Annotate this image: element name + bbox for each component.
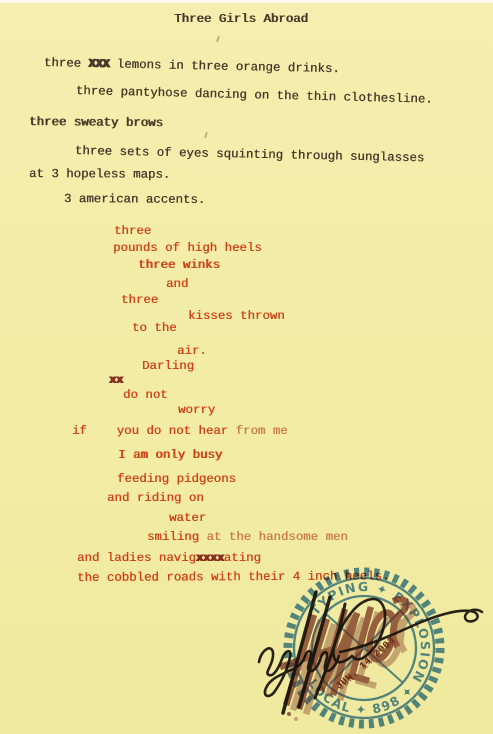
poem-line: three: [121, 293, 158, 307]
poem-line: feeding pidgeons: [117, 472, 236, 486]
line-segment: if you do not hear: [72, 424, 236, 438]
poem-line: 3 american accents.: [64, 192, 205, 207]
poem-line: worry: [178, 403, 215, 417]
poem-line: smiling at the handsome men: [147, 530, 348, 544]
poem-line: kisses thrown: [188, 309, 285, 323]
poem-line: and: [166, 277, 188, 291]
line-segment: smiling: [147, 530, 199, 544]
poem-line: at 3 hopeless maps.: [29, 167, 170, 182]
poem-line: and riding on: [107, 491, 204, 505]
poem-line: and ladies navigxxxxating: [77, 551, 261, 565]
poem-line: if you do not hear from me: [72, 424, 288, 438]
scan-edge: [0, 0, 493, 3]
poem-line: do not: [123, 388, 168, 402]
poem-line: three pantyhose dancing on the thin clot…: [76, 84, 433, 107]
poem-line: three: [114, 224, 151, 238]
stray-mark: [216, 36, 219, 42]
line-segment-faded: from me: [236, 424, 288, 438]
typed-over-strikeout: xxxx: [196, 551, 224, 565]
stamp-area: TYPING ✦ EXPLOSION ✦ LOCAL ✦ 898 JUN: [252, 556, 493, 734]
poem-line: air.: [177, 344, 207, 358]
poem-line: Darling: [142, 359, 194, 373]
poem-title: Three Girls Abroad: [174, 12, 308, 26]
line-segment-faded: at the handsome men: [199, 530, 348, 544]
poem-line: three sweaty brows: [29, 115, 163, 130]
stray-mark: [204, 132, 207, 138]
poem-line: three sets of eyes squinting through sun…: [75, 144, 425, 165]
line-segment: three: [44, 56, 89, 71]
typed-over-strikeout: XXX: [88, 57, 109, 71]
line-segment: lemons in three orange drinks.: [109, 57, 340, 76]
poem-line: to the: [132, 321, 177, 335]
poem-line: three winks: [138, 258, 220, 272]
poem-line: I am only busy: [118, 448, 222, 462]
typed-over-strikeout: xx: [109, 373, 123, 387]
poem-line: three XXX lemons in three orange drinks.: [44, 56, 340, 76]
line-segment: and ladies navig: [77, 551, 196, 565]
poem-line: pounds of high heels: [113, 241, 262, 255]
poem-page: Three Girls Abroad three XXX lemons in t…: [0, 0, 493, 734]
poem-line: water: [169, 511, 206, 525]
